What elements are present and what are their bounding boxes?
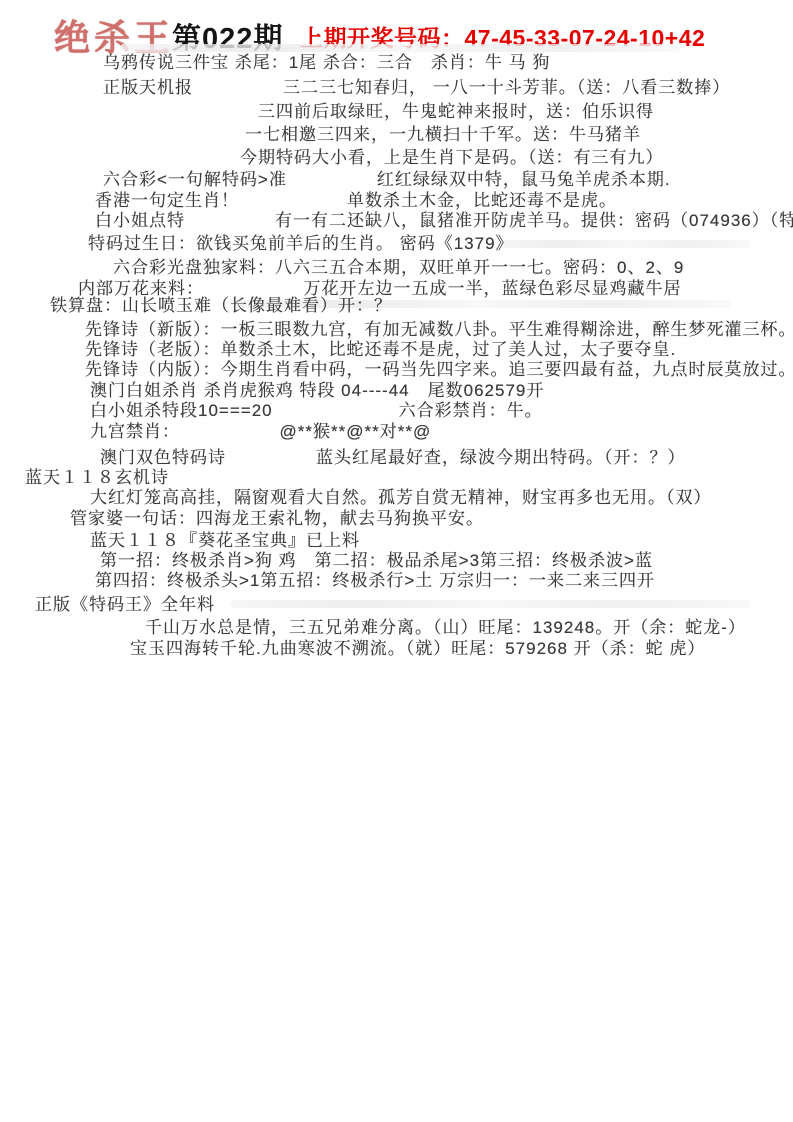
- doc-line: 乌鸦传说三件宝 杀尾：1尾 杀合：三合 杀肖：牛 马 狗: [103, 48, 550, 73]
- doc-line: 澳门双色特码诗 蓝头红尾最好查，绿波今期出特码。（开：？）: [100, 443, 686, 468]
- doc-line: 第四招：终极杀头>1第五招：终极杀行>土 万宗归一：一来二来三四开: [95, 566, 655, 591]
- lottery-tip-sheet: 绝杀王 第022期 上期开奖号码：47-45-33-07-24-10+42 乌鸦…: [0, 0, 793, 1122]
- doc-line: 一七相邀三四来，一九横扫十千军。送：牛马猪羊: [245, 120, 641, 145]
- doc-line: 九宫禁肖： @**猴**@**对**@: [90, 417, 431, 442]
- doc-line: 正版天机报 三二三七知春归， 一八一十斗芳菲。（送：八看三数捧）: [103, 73, 730, 98]
- scan-artifact: [230, 600, 750, 608]
- doc-line: 铁算盘：山长喷玉难（长像最难看）开：？: [50, 291, 392, 316]
- doc-line: 宝玉四海转千轮.九曲寒波不溯流。（就）旺尾：579268 开（杀：蛇 虎）: [130, 634, 705, 659]
- doc-line: 特码过生日：欲钱买兔前羊后的生肖。 密码《1379》: [88, 229, 514, 254]
- doc-line: 三四前后取绿旺，牛鬼蛇神来报时，送：伯乐识得: [258, 97, 654, 122]
- doc-line: 正版《特码王》全年料: [35, 590, 215, 615]
- doc-line: 白小姐点特 有一有二还缺八，鼠猪准开防虎羊马。提供：密码（074936）（特：？…: [95, 206, 793, 231]
- scan-artifact: [500, 240, 750, 248]
